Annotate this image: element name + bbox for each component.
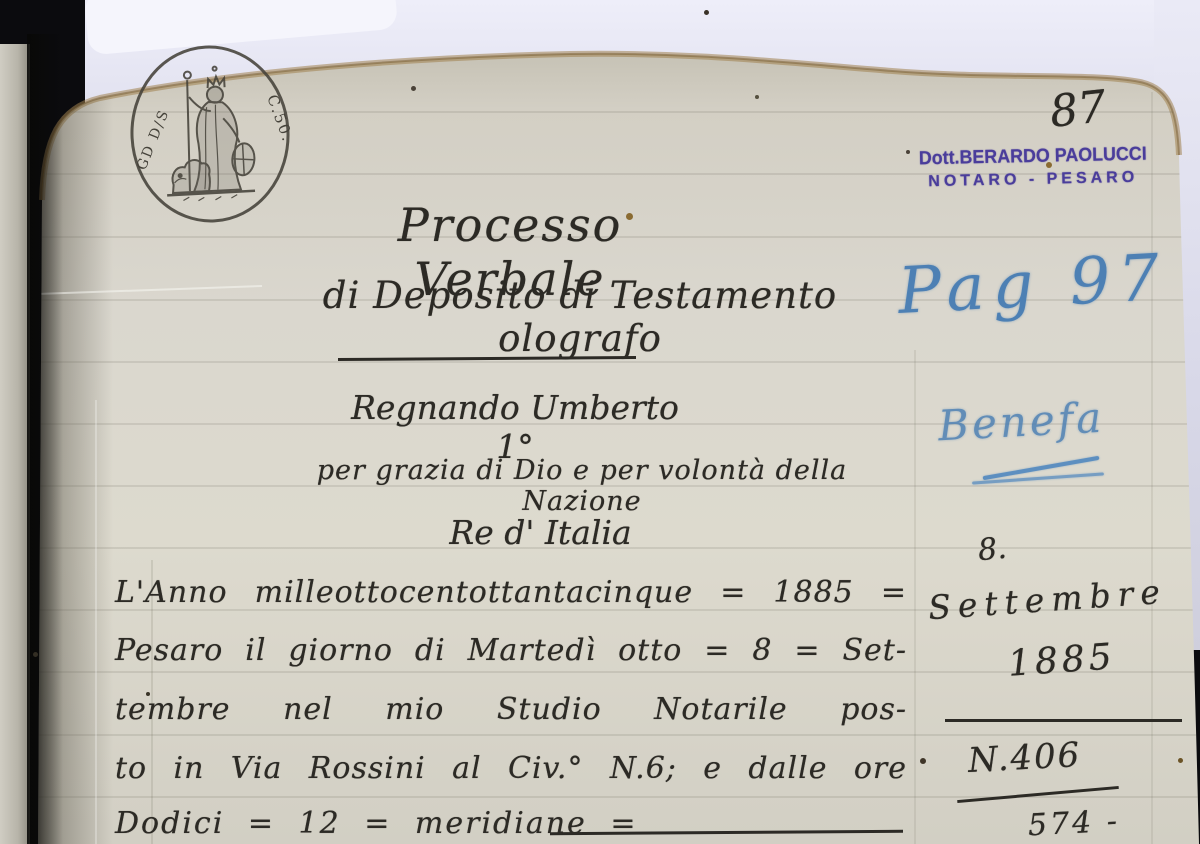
- margin-date-rule: [945, 719, 1182, 722]
- foxing-speck: [33, 652, 38, 657]
- body-line: tembre nel mio Studio Notarile pos-: [115, 692, 907, 727]
- binding-gutter-shadow: [27, 34, 63, 844]
- foxing-speck: [1178, 758, 1183, 763]
- figure-head: [207, 86, 224, 103]
- blue-signature: Benefa: [937, 393, 1106, 451]
- foxing-speck: [411, 86, 416, 91]
- body-line: to in Via Rossini al Civ.° N.6; e dalle …: [115, 751, 907, 786]
- seal-right-text: C.50.: [263, 92, 297, 145]
- notary-stamp: Dott.BERARDO PAOLUCCI NOTARO - PESARO: [905, 143, 1162, 191]
- photographed-notarial-register-page: GD D/S C.50. 87 Dott.BERARDO PAOLUCCI NO…: [0, 0, 1200, 844]
- foxing-speck: [920, 758, 926, 764]
- blue-page-reference: Pag 97: [896, 241, 1169, 329]
- foxing-speck: [704, 10, 709, 15]
- folio-number: 87: [1047, 81, 1108, 138]
- revenue-stamp-seal: GD D/S C.50.: [118, 38, 302, 230]
- body-line: Dodici = 12 = meridiane =: [115, 806, 907, 841]
- body-line: Pesaro il giorno di Martedì otto = 8 = S…: [115, 633, 907, 668]
- body-line: L'Anno milleottocentottantacinque = 1885…: [115, 575, 907, 610]
- title-line2: di Deposito di Testamento olografo: [250, 274, 910, 360]
- seal-left-text: GD D/S: [134, 107, 173, 173]
- invocation-line3: Re d' Italia: [438, 513, 643, 552]
- notary-stamp-name: Dott.BERARDO PAOLUCCI: [912, 143, 1153, 170]
- margin-day: 8.: [977, 531, 1009, 568]
- lion: [171, 159, 210, 193]
- margin-ref-number2: 574 -: [1027, 804, 1121, 844]
- margin-year: 1885: [1007, 636, 1117, 684]
- foxing-speck: [755, 95, 759, 99]
- margin-ref-number: N.406: [967, 735, 1082, 781]
- invocation-line2: per grazia di Dio e per volontà della Na…: [272, 455, 892, 517]
